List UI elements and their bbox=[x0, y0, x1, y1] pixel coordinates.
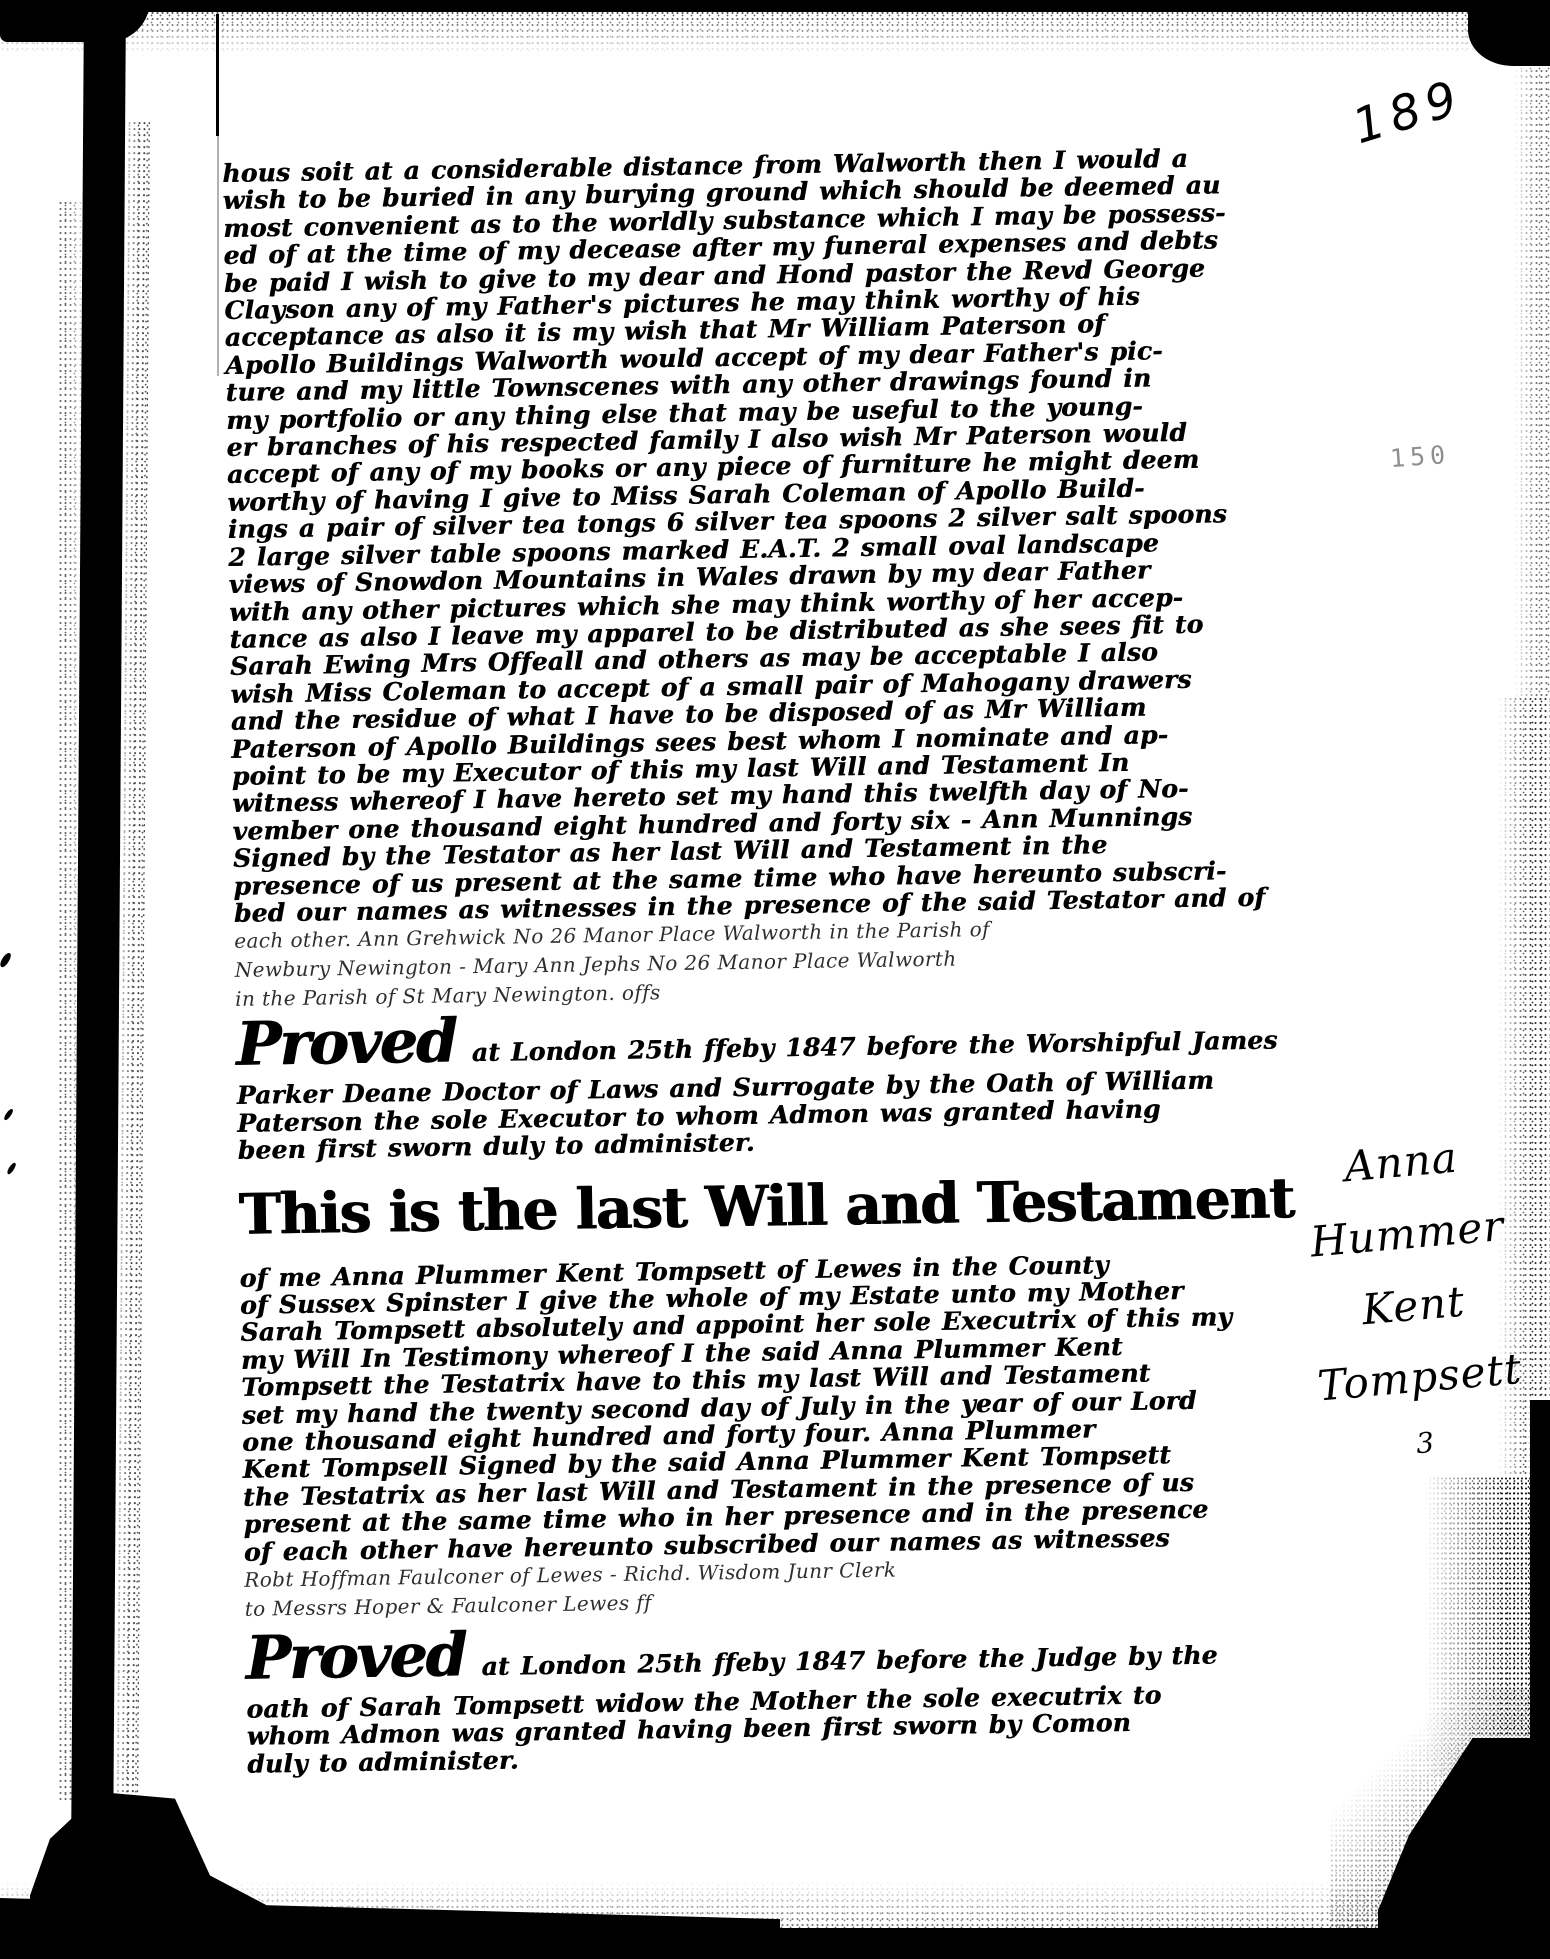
ink-speck bbox=[0, 951, 12, 968]
proved-initial-word: Proved bbox=[245, 1630, 466, 1683]
probate-tompsett-lines: oath of Sarah Tompsett widow the Mother … bbox=[246, 1680, 1247, 1778]
scanned-will-page: 189 150 AnnaHummerKentTompsett3 hous soi… bbox=[0, 0, 1550, 1959]
scan-blob-top-left bbox=[0, 0, 150, 42]
scan-noise-top bbox=[0, 10, 1550, 56]
will-heading-tompsett: This is the last Will and Testament bbox=[238, 1149, 1239, 1265]
ink-speck bbox=[6, 1162, 17, 1176]
scan-gutter-fringe-left bbox=[58, 200, 86, 1800]
will-munn-attestation: each other. Ann Grehwick No 26 Manor Pla… bbox=[234, 912, 1235, 1015]
scan-noise-right-top bbox=[1514, 56, 1550, 696]
probate-clause-tompsett: Proved at London 25th ffeby 1847 before … bbox=[245, 1618, 1247, 1778]
will-munn-body: hous soit at a considerable distance fro… bbox=[222, 144, 1234, 927]
margin-testatrix-name: AnnaHummerKentTompsett3 bbox=[1253, 1114, 1550, 1486]
scan-noise-bottom-right bbox=[1330, 1688, 1550, 1959]
scan-noise-bottom bbox=[0, 1880, 1550, 1930]
scan-edge-bottom bbox=[0, 1928, 1550, 1959]
scan-page-edge-line-faint bbox=[217, 136, 219, 376]
proved-initial-word: Proved bbox=[236, 1017, 457, 1070]
probate-munn-lines: Parker Deane Doctor of Laws and Surrogat… bbox=[236, 1067, 1237, 1165]
manuscript-text-block: hous soit at a considerable distance fro… bbox=[222, 144, 1247, 1778]
scan-page-edge-line bbox=[216, 14, 219, 136]
ink-speck bbox=[3, 1108, 14, 1122]
stamped-folio-number: 150 bbox=[1389, 442, 1451, 472]
will-tompsett-body: of me Anna Plummer Kent Tompsett of Lewe… bbox=[239, 1249, 1244, 1566]
handwritten-folio-number: 189 bbox=[1347, 71, 1470, 154]
probate-clause-munn: Proved at London 25th ffeby 1847 before … bbox=[236, 1005, 1238, 1165]
